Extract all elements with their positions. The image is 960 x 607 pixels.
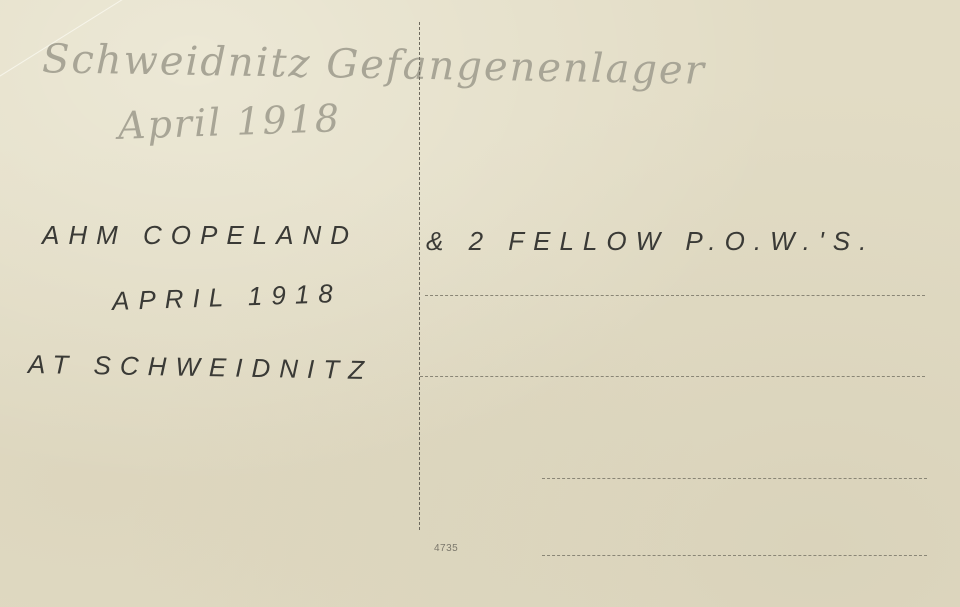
- caption-place: AT SCHWEIDNITZ: [28, 349, 374, 386]
- address-line-3: [542, 478, 927, 479]
- postcard-back: Schweidnitz Gefangenenlager April 1918 A…: [0, 0, 960, 607]
- center-divider-line: [419, 22, 420, 530]
- caption-name: AHM COPELAND: [42, 220, 358, 251]
- caption-fellows: & 2 FELLOW P.O.W.'S.: [426, 226, 875, 257]
- address-line-2: [420, 376, 925, 377]
- address-line-1: [425, 295, 925, 296]
- pencil-note-date: April 1918: [117, 96, 341, 148]
- address-line-4: [542, 555, 927, 556]
- caption-date: APRIL 1918: [112, 278, 343, 317]
- pencil-note-location: Schweidnitz Gefangenenlager: [42, 36, 707, 94]
- printed-serial-number: 4735: [434, 543, 458, 554]
